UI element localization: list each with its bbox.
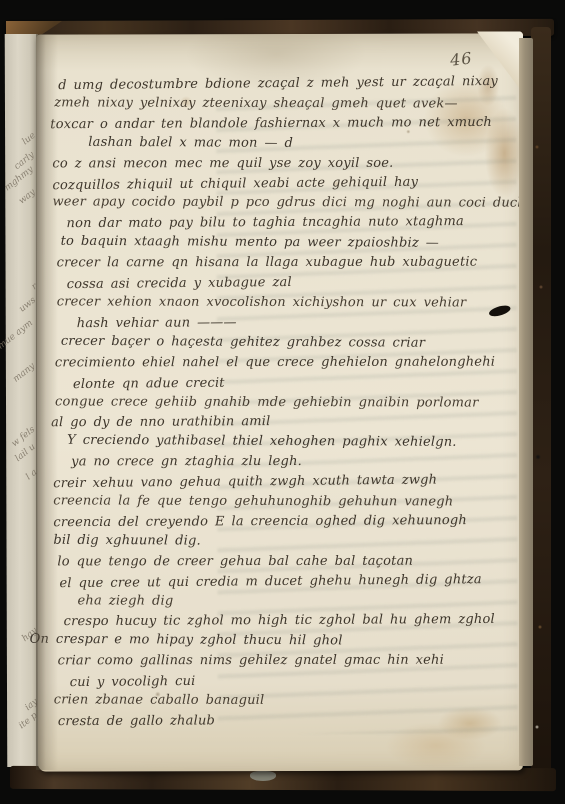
manuscript-line: cresta de gallo zhalub <box>58 710 520 732</box>
manuscript-line: to baquin xtaagh mishu mento pa weer zpa… <box>61 232 519 254</box>
previous-page-text-fragment: lue <box>20 131 37 148</box>
manuscript-line: cossa asi crecida y xubague zal <box>67 271 519 295</box>
folio-number: 46 <box>449 48 473 69</box>
manuscript-line: d umg decostumbre bdione zcaçal z meh ye… <box>58 72 518 96</box>
previous-page-text-fragment: many <box>12 361 38 384</box>
manuscript-line: crespo hucuy tic zghol mo high tic zghol… <box>64 610 520 632</box>
previous-page-edge: luecarlymghmywayruwsmue aymmanyw felslai… <box>5 34 41 767</box>
manuscript-line: creencia del creyendo E la creencia oghe… <box>53 511 519 533</box>
manuscript-line: lo que tengo de creer gehua bal cahe bal… <box>57 551 519 572</box>
text-block: d umg decostumbre bdione zcaçal z meh ye… <box>50 73 520 731</box>
previous-page-text-fragment: uws <box>17 295 37 314</box>
manuscript-line: crecer la carne qn hisana la llaga xubag… <box>57 253 519 274</box>
manuscript-line: eha ziegh dig <box>77 591 519 612</box>
manuscript-line: crecer xehion xnaon xvocolishon xichiysh… <box>57 292 519 313</box>
previous-page-text-fragment: way <box>17 187 37 206</box>
manuscript-line: Y creciendo yathibasel thiel xehoghen pa… <box>67 431 519 453</box>
manuscript-line: crien zbanae caballo banaguil <box>54 690 520 711</box>
previous-page-text-fragment: ite p <box>17 711 39 732</box>
manuscript-line: criar como gallinas nims gehilez gnatel … <box>58 651 520 672</box>
manuscript-line: ya no crece gn ztaghia zlu legh. <box>71 452 519 473</box>
manuscript-line: On crespar e mo hipay zghol thucu hil gh… <box>30 630 520 652</box>
manuscript-line: non dar mato pay bilu to taghia tncaghia… <box>66 212 518 234</box>
manuscript-line: toxcar o andar ten blandole fashiernax x… <box>50 113 518 135</box>
manuscript-line: crecimiento ehiel nahel el que crece ghe… <box>55 352 519 373</box>
manuscript-line: zmeh nixay yelnixay zteenixay sheaçal gm… <box>54 93 518 114</box>
manuscript-line: weer apay cocido paybil p pco gdrus dici… <box>52 193 518 214</box>
manuscript-line: co z ansi mecon mec me quil yse zoy xoyi… <box>52 153 518 174</box>
manuscript-photo: luecarlymghmywayruwsmue aymmanyw felslai… <box>0 0 565 804</box>
manuscript-line: congue crece gehiib gnahib mde gehiebin … <box>55 392 519 413</box>
book-cover-right-edge <box>531 27 551 780</box>
manuscript-line: crecer baçer o haçesta gehitez grahbez c… <box>61 332 519 354</box>
manuscript-page: 46 d umg decostumbre bdione zcaçal z meh… <box>36 33 523 771</box>
manuscript-line: el que cree ut qui credia m ducet ghehu … <box>59 569 519 593</box>
manuscript-line: bil dig xghuunel dig. <box>53 531 519 553</box>
manuscript-line: lashan balel x mac mon — d <box>88 133 518 155</box>
manuscript-line: elonte qn adue crecit <box>73 370 519 394</box>
manuscript-line: hash vehiar aun ——— <box>77 312 519 334</box>
page-edge-stack <box>519 38 533 766</box>
binding-nick <box>250 771 276 781</box>
previous-page-text-fragment: mue aym <box>0 318 35 352</box>
manuscript-line: creencia la fe que tengo gehuhunoghib ge… <box>53 491 519 512</box>
manuscript-line: cui y vocoligh cui <box>70 669 520 693</box>
